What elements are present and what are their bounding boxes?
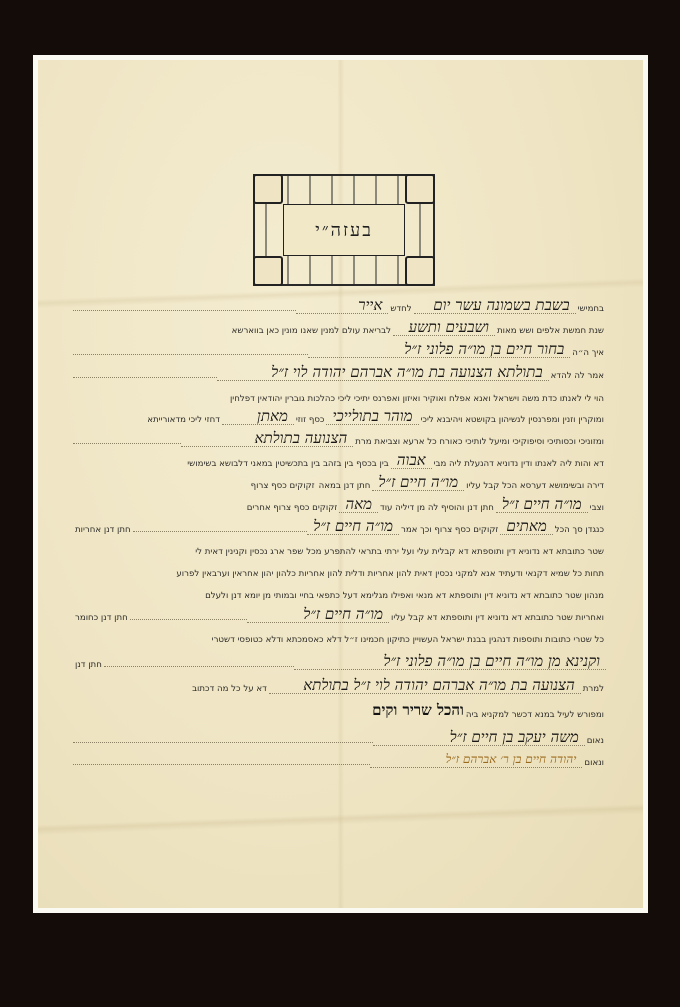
text-line: למרת הצנועה בת מו״ה אברהם יהודה לוי ז״ל … xyxy=(73,676,606,694)
text-line: הוי לי לאנתו כדת משה וישראל ואנא אפלח וא… xyxy=(73,386,606,404)
closing-formula: והכל שריר וקים xyxy=(372,701,464,720)
handwritten-fill: מו״ה חיים ז״ל xyxy=(372,474,464,491)
text-line: שנת חמשת אלפים ושש מאות ושבעים ותשע לברי… xyxy=(73,318,606,336)
text-line: שטר כתובתא דא נדוניא דין ותוספתא דא קבלי… xyxy=(73,539,606,557)
handwritten-fill: מו״ה חיים ז״ל xyxy=(496,496,588,513)
handwritten-fill: מאתים xyxy=(500,518,552,535)
ketubah-text: בחמישי בשבת בשמונה עשר יום לחדש אייר שנת… xyxy=(38,60,643,908)
handwritten-fill: מוהר בתולייכי xyxy=(326,408,418,425)
text-line: תחות כל שמיא דקנאי ודעתיד אנא למקני נכסי… xyxy=(73,561,606,579)
handwritten-fill: בחור חיים בן מו״ה פלוני ז״ל xyxy=(308,341,570,358)
handwritten-fill: בשבת בשמונה עשר יום xyxy=(414,297,576,314)
text-line-bride: אמר לה להדא בתולתא הצנועה בת מו״ה אברהם … xyxy=(73,363,606,381)
text-line: דירה ובשימושא דערסא הכל קבל עליו מו״ה חי… xyxy=(73,473,606,491)
witness-line-1: נאום משה יעקב בן חיים ז״ל xyxy=(73,724,606,746)
handwritten-fill: הצנועה בתולתא xyxy=(181,430,353,447)
text-line: כנגדן סך הכל מאתים זקוקים כסף צרוף וכך א… xyxy=(73,517,606,535)
handwritten-fill: מו״ה חיים ז״ל xyxy=(307,518,399,535)
handwritten-fill: ושבעים ותשע xyxy=(393,319,495,336)
handwritten-fill: אבוה xyxy=(391,452,432,469)
handwritten-fill: בתולתא הצנועה בת מו״ה אברהם יהודה לוי ז״… xyxy=(217,364,549,381)
handwritten-fill: מאה xyxy=(339,496,378,513)
handwritten-fill: הצנועה בת מו״ה אברהם יהודה לוי ז״ל בתולת… xyxy=(269,677,581,694)
text-line: ומוקרין וזנין ומפרנסין לנשיהון בקושטא וי… xyxy=(73,407,606,425)
witness-signature: משה יעקב בן חיים ז״ל xyxy=(373,729,585,746)
text-line-date: בחמישי בשבת בשמונה עשר יום לחדש אייר xyxy=(73,296,606,314)
text-line-groom: איך ה״ה בחור חיים בן מו״ה פלוני ז״ל xyxy=(73,340,606,358)
text-line: דא והות ליה לאנתו ודין נדוניא דהנעלת ליה… xyxy=(73,451,606,469)
text-line: וצבי מו״ה חיים ז״ל חתן דנן והוסיף לה מן … xyxy=(73,495,606,513)
handwritten-fill: אייר xyxy=(296,297,388,314)
handwritten-fill: וקנינא מן מו״ה חיים בן מו״ה פלוני ז״ל xyxy=(294,653,606,670)
witness-line-2: ונאום יהודה חיים בן ר׳ אברהם ז״ל xyxy=(73,748,606,768)
text-line: כל שטרי כתובות ותוספות דנהגין בבנת ישראל… xyxy=(73,627,606,645)
ketubah-paper: בעזה״י בחמישי בשבת בשמונה עשר יום לחדש א… xyxy=(38,60,643,908)
text-line: ומזוניכי וכסותיכי וסיפוקיכי ומיעל לותיכי… xyxy=(73,429,606,447)
text-line: ואחריות שטר כתובתא דא נדוניא דין ותוספתא… xyxy=(73,605,606,623)
document-mat: בעזה״י בחמישי בשבת בשמונה עשר יום לחדש א… xyxy=(33,55,648,913)
handwritten-fill: מו״ה חיים ז״ל xyxy=(247,606,389,623)
witness-signature: יהודה חיים בן ר׳ אברהם ז״ל xyxy=(370,751,582,768)
handwritten-fill: מאתן xyxy=(222,408,294,425)
text-line: מנהון שטר כתובתא דא נדוניא דין ותוספתא ד… xyxy=(73,583,606,601)
text-line-closing: ומפורש לעיל במנא דכשר למקניא ביה והכל שר… xyxy=(73,698,606,720)
text-line-kinyan: וקנינא מן מו״ה חיים בן מו״ה פלוני ז״ל חת… xyxy=(73,652,606,670)
